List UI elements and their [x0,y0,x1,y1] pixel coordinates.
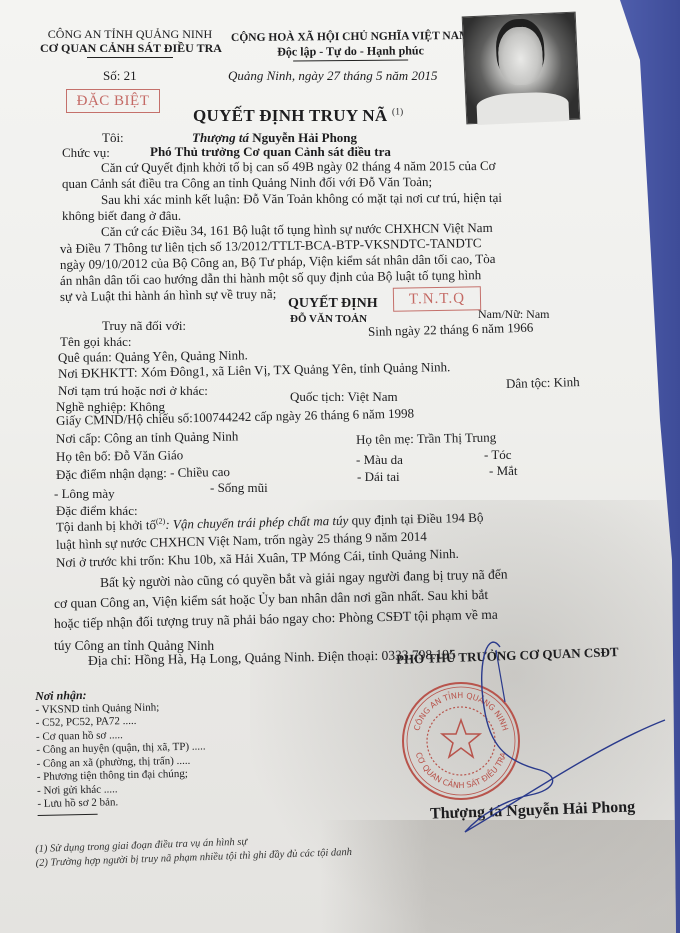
charge-label: Tội danh bị khởi tố [56,517,156,534]
national-header: CỘNG HOÀ XÃ HỘI CHỦ NGHĨA VIỆT NAM Độc l… [228,29,473,62]
svg-text:CÔNG AN TỈNH QUẢNG NINH: CÔNG AN TỈNH QUẢNG NINH [412,690,509,732]
nation-motto: Độc lập - Tự do - Hạnh phúc [228,43,473,59]
photo-face [497,26,543,86]
special-stamp: ĐẶC BIỆT [66,89,160,113]
identity-features: Đặc điểm nhận dạng: - Chiều cao [56,464,230,483]
feature-nose: - Sống mũi [210,480,268,496]
agency-line-2: CƠ QUAN CẢNH SÁT ĐIỀU TRA [40,41,220,55]
document-number: Số: 21 [103,68,137,84]
recipients-underline [38,813,98,815]
place-date: Quảng Ninh, ngày 27 tháng 5 năm 2015 [228,68,437,84]
title-text: QUYẾT ĐỊNH TRUY NÃ [193,106,387,125]
paper-shadow-bottom [320,820,680,933]
issuer-name: Nguyễn Hải Phong [252,130,357,145]
nation-underline [293,59,408,61]
footnotes: (1) Sử dụng trong giai đoạn điều tra vụ … [35,832,352,871]
nationality: Quốc tịch: Việt Nam [290,389,398,405]
charge-article: quy định tại Điều 194 Bộ [348,510,483,528]
document-title: QUYẾT ĐỊNH TRUY NÃ (1) [193,106,403,126]
mother-name: Họ tên mẹ: Trần Thị Trung [356,430,497,448]
issuer-label: Tôi: [102,130,124,146]
recipients-list: Nơi nhận: - VKSND tỉnh Quảng Ninh; - C52… [35,686,207,815]
nation-line-1: CỘNG HOÀ XÃ HỘI CHỦ NGHĨA VIỆT NAM [228,29,473,45]
agency-underline [87,57,173,58]
feature-eyes: - Mắt [489,463,518,479]
position-label: Chức vụ: [62,145,110,161]
official-seal: CÔNG AN TỈNH QUẢNG NINH CƠ QUAN CẢNH SÁT… [400,680,522,802]
feature-eyebrow: - Lông mày [54,486,115,502]
title-footnote-ref: (1) [392,106,403,116]
photo-shirt [476,91,569,125]
feature-hair: - Tóc [484,447,512,463]
alias: Tên gọi khác: [60,334,131,350]
date-of-birth: Sinh ngày 22 tháng 6 năm 1966 [368,320,534,340]
body-line-2: quan Cảnh sát điều tra Công an tỉnh Quản… [62,174,432,192]
body-line-9: sự và Luật thi hành án hình sự về truy n… [60,286,276,305]
target-label: Truy nã đối với: [102,318,186,334]
recipient-item: - Lưu hồ sơ 2 bản. [37,794,207,811]
issued-by: Nơi cấp: Công an tỉnh Quảng Ninh [56,428,239,447]
feature-ear: - Dái tai [357,469,400,485]
suspect-photo [462,12,581,125]
tntq-stamp: T.N.T.Q [393,286,481,312]
issuer-position: Phó Thủ trưởng Cơ quan Cảnh sát điều tra [150,144,391,160]
target-name: ĐỖ VĂN TOẢN [290,313,367,325]
decision-heading: QUYẾT ĐỊNH [288,296,378,312]
body-line-1: Căn cứ Quyết định khởi tố bị can số 49B … [101,158,496,176]
feature-skin: - Màu da [356,452,403,468]
charge-crime: : Vận chuyển trái phép chất ma túy [165,513,348,532]
agency-line-1: CÔNG AN TỈNH QUẢNG NINH [40,27,220,41]
ethnicity: Dân tộc: Kinh [506,374,580,392]
wanted-notice-document: CÔNG AN TỈNH QUẢNG NINH CƠ QUAN CẢNH SÁT… [0,0,680,933]
body-line-4: không biết đang ở đâu. [62,208,181,224]
temporary-residence: Nơi tạm trú hoặc nơi ở khác: [58,383,208,399]
father-name: Họ tên bố: Đỗ Văn Giáo [56,447,183,465]
body-line-3: Sau khi xác minh kết luận: Đỗ Văn Toản k… [101,190,502,208]
issuer-rank: Thượng tá [192,130,249,145]
agency-header: CÔNG AN TỈNH QUẢNG NINH CƠ QUAN CẢNH SÁT… [40,27,220,58]
